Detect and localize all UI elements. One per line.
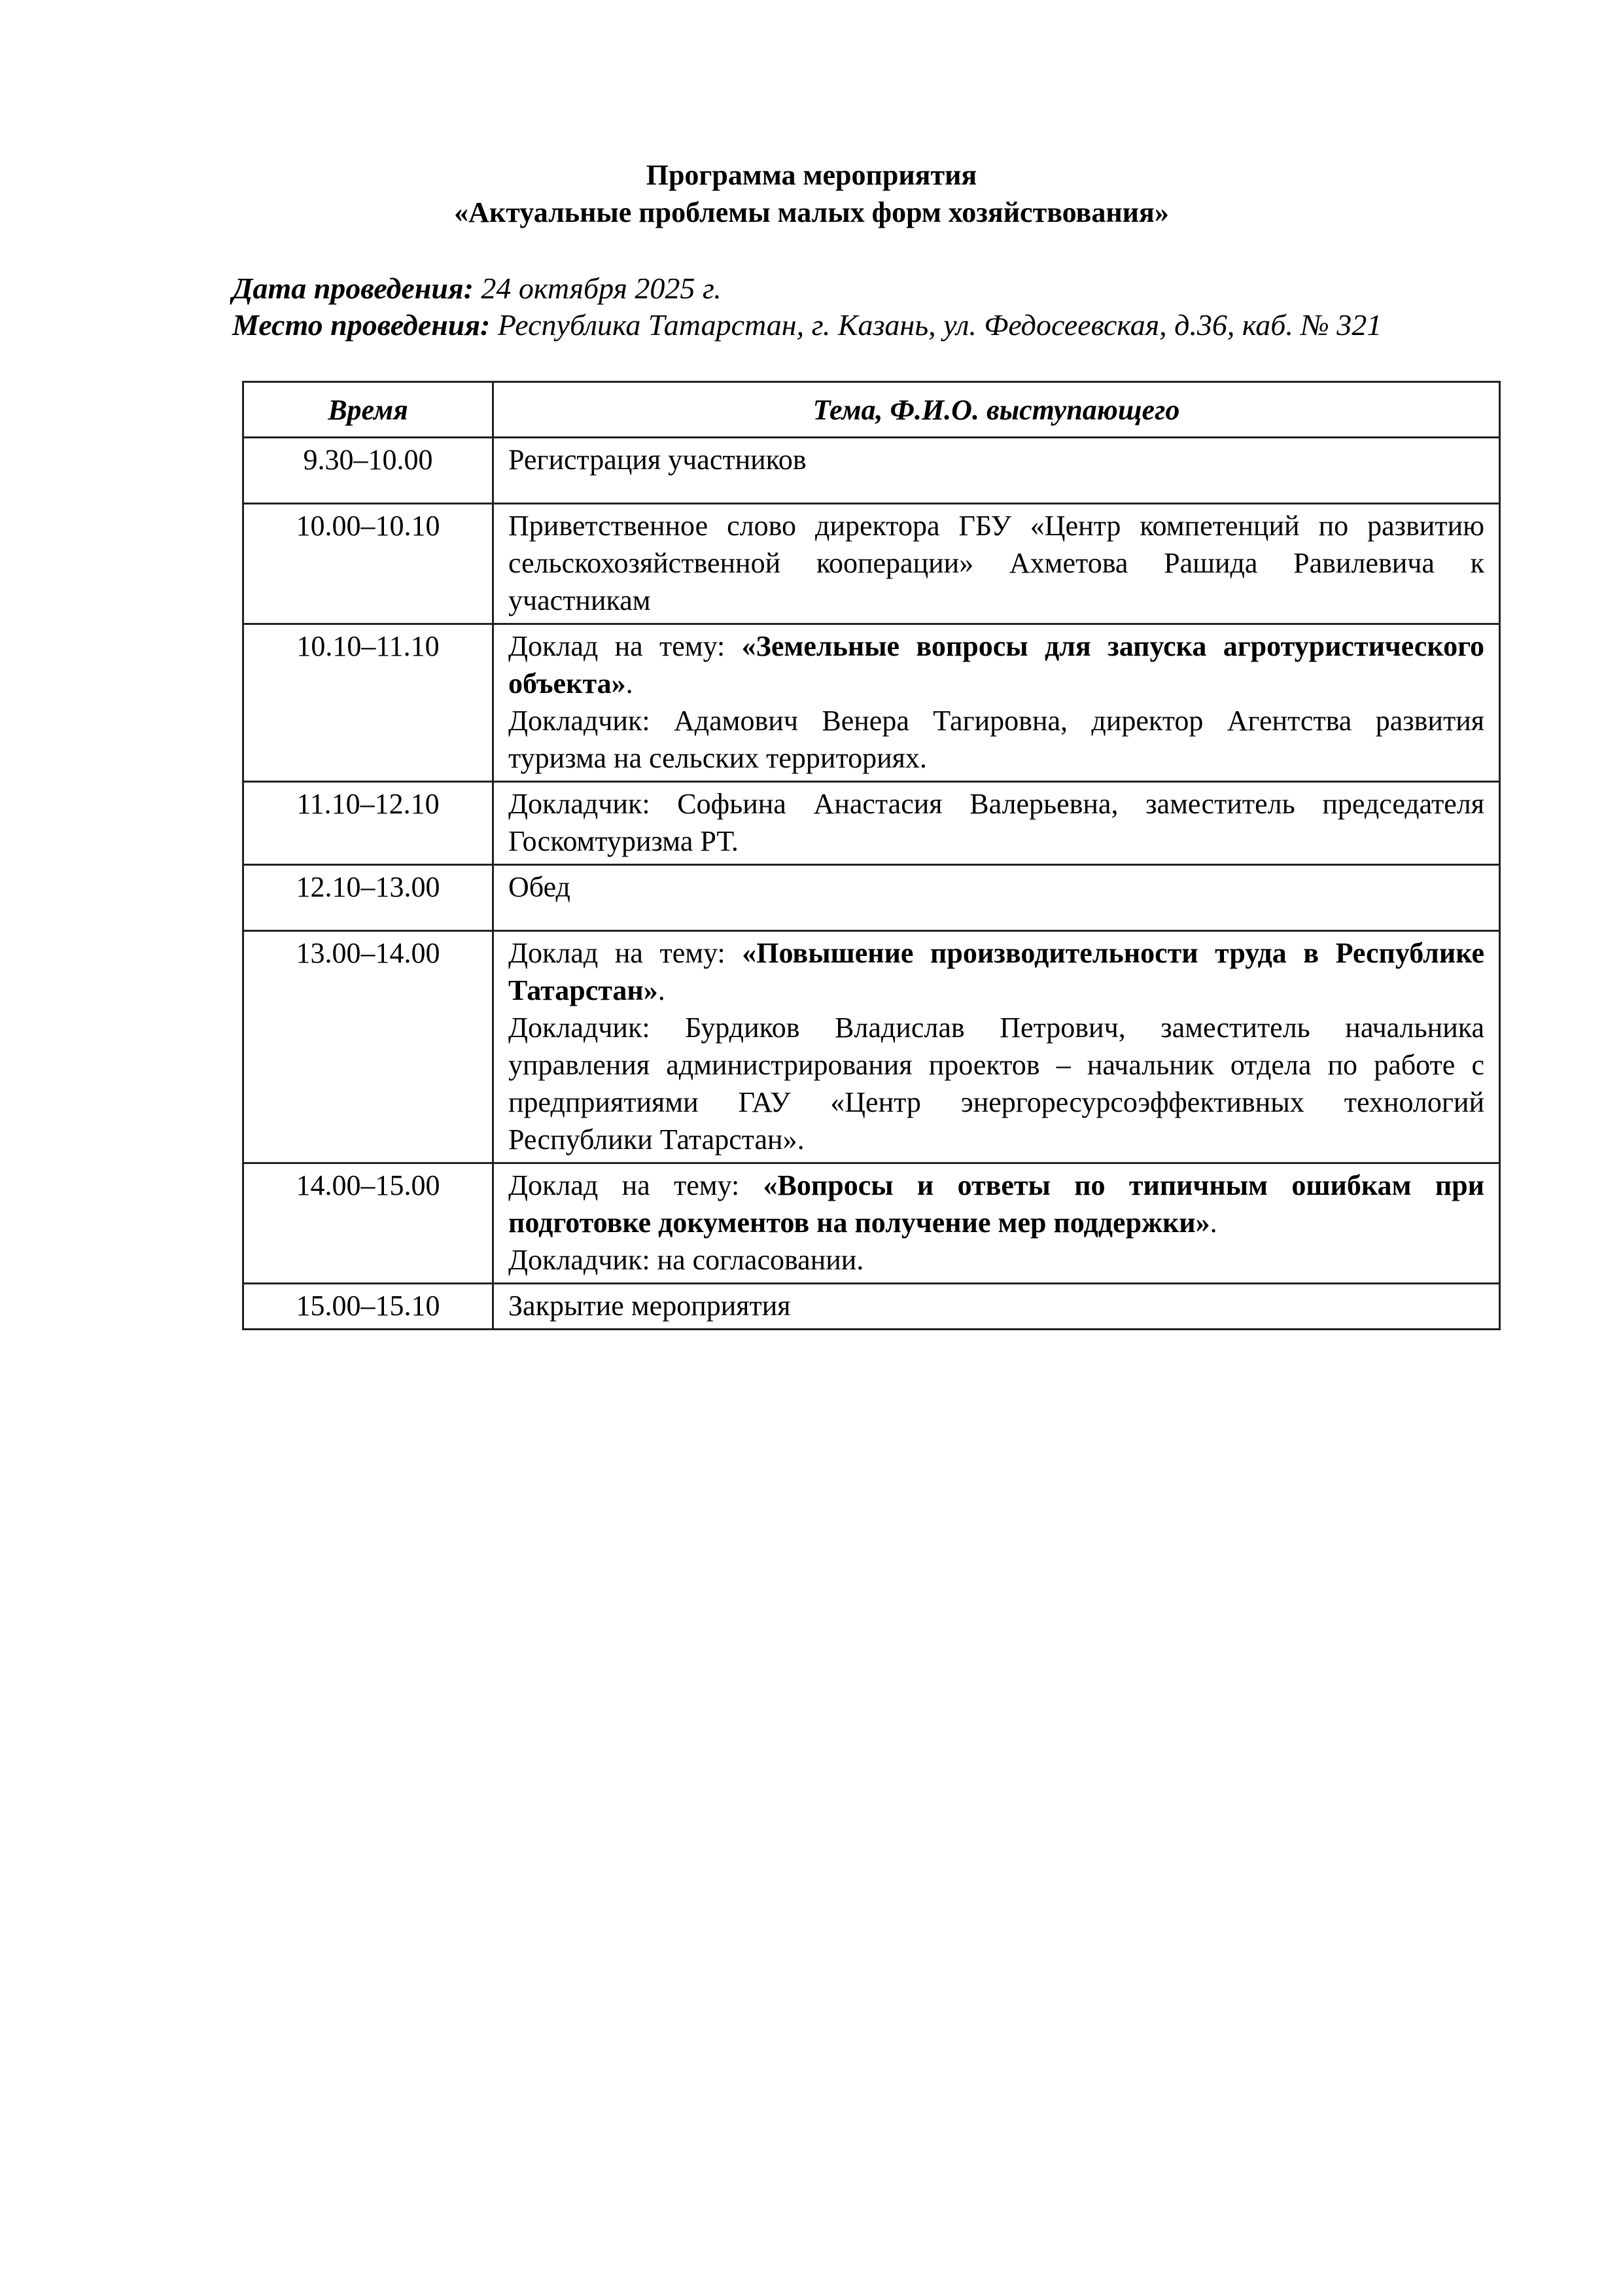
topic-text: Обед <box>508 871 570 903</box>
header-time: Время <box>243 382 493 438</box>
header-topic: Тема, Ф.И.О. выступающего <box>493 382 1500 438</box>
event-place: Место проведения: Республика Татарстан, … <box>232 306 1382 344</box>
topic-text: Докладчик: Софьина Анастасия Валерьевна,… <box>508 788 1484 857</box>
topic-paragraph: Докладчик: Софьина Анастасия Валерьевна,… <box>508 785 1484 860</box>
schedule-body: 9.30–10.00Регистрация участников10.00–10… <box>243 438 1500 1330</box>
table-header-row: Время Тема, Ф.И.О. выступающего <box>243 382 1500 438</box>
topic-text: Доклад на тему: <box>508 1169 763 1201</box>
topic-text: . <box>1210 1207 1217 1239</box>
program-title: Программа мероприятия <box>0 157 1623 194</box>
topic-cell: Обед <box>493 865 1500 931</box>
table-row: 13.00–14.00Доклад на тему: «Повышение пр… <box>243 931 1500 1163</box>
topic-cell: Докладчик: Софьина Анастасия Валерьевна,… <box>493 782 1500 865</box>
topic-text: Доклад на тему: <box>508 937 742 969</box>
time-cell: 10.10–11.10 <box>243 624 493 782</box>
schedule-table: Время Тема, Ф.И.О. выступающего 9.30–10.… <box>242 381 1501 1330</box>
topic-text: Закрытие мероприятия <box>508 1290 791 1322</box>
topic-cell: Регистрация участников <box>493 438 1500 504</box>
topic-cell: Закрытие мероприятия <box>493 1284 1500 1330</box>
table-row: 11.10–12.10Докладчик: Софьина Анастасия … <box>243 782 1500 865</box>
topic-paragraph: Приветственное слово директора ГБУ «Цент… <box>508 507 1484 619</box>
place-label: Место проведения: <box>232 308 490 342</box>
topic-cell: Доклад на тему: «Вопросы и ответы по тип… <box>493 1163 1500 1284</box>
event-date: Дата проведения: 24 октября 2025 г. <box>232 270 722 308</box>
topic-text: Приветственное слово директора ГБУ «Цент… <box>508 510 1484 616</box>
topic-text: Регистрация участников <box>508 444 807 476</box>
table-row: 10.00–10.10Приветственное слово директор… <box>243 504 1500 624</box>
topic-paragraph: Доклад на тему: «Земельные вопросы для з… <box>508 627 1484 702</box>
table-row: 15.00–15.10Закрытие мероприятия <box>243 1284 1500 1330</box>
topic-text: Докладчик: Адамович Венера Тагировна, ди… <box>508 705 1484 774</box>
time-cell: 11.10–12.10 <box>243 782 493 865</box>
date-value: 24 октября 2025 г. <box>474 272 722 305</box>
topic-text: Докладчик: на согласовании. <box>508 1244 864 1276</box>
topic-text: Докладчик: Бурдиков Владислав Петрович, … <box>508 1012 1484 1156</box>
table-row: 9.30–10.00Регистрация участников <box>243 438 1500 504</box>
topic-paragraph: Обед <box>508 868 1484 906</box>
time-cell: 13.00–14.00 <box>243 931 493 1163</box>
topic-paragraph: Докладчик: Адамович Венера Тагировна, ди… <box>508 702 1484 777</box>
topic-text: Доклад на тему: <box>508 630 742 662</box>
topic-text: . <box>658 974 665 1006</box>
topic-text: . <box>626 667 633 699</box>
time-cell: 10.00–10.10 <box>243 504 493 624</box>
time-cell: 14.00–15.00 <box>243 1163 493 1284</box>
topic-paragraph: Докладчик: Бурдиков Владислав Петрович, … <box>508 1009 1484 1158</box>
place-value: Республика Татарстан, г. Казань, ул. Фед… <box>490 308 1382 342</box>
time-cell: 12.10–13.00 <box>243 865 493 931</box>
topic-paragraph: Доклад на тему: «Вопросы и ответы по тип… <box>508 1167 1484 1241</box>
table-row: 12.10–13.00Обед <box>243 865 1500 931</box>
date-label: Дата проведения: <box>232 272 474 305</box>
time-cell: 9.30–10.00 <box>243 438 493 504</box>
topic-paragraph: Доклад на тему: «Повышение производитель… <box>508 934 1484 1009</box>
table-row: 10.10–11.10Доклад на тему: «Земельные во… <box>243 624 1500 782</box>
table-row: 14.00–15.00Доклад на тему: «Вопросы и от… <box>243 1163 1500 1284</box>
topic-paragraph: Докладчик: на согласовании. <box>508 1241 1484 1279</box>
time-cell: 15.00–15.10 <box>243 1284 493 1330</box>
topic-paragraph: Закрытие мероприятия <box>508 1287 1484 1324</box>
topic-paragraph: Регистрация участников <box>508 441 1484 478</box>
event-name: «Актуальные проблемы малых форм хозяйств… <box>0 194 1623 231</box>
topic-cell: Приветственное слово директора ГБУ «Цент… <box>493 504 1500 624</box>
topic-cell: Доклад на тему: «Повышение производитель… <box>493 931 1500 1163</box>
topic-cell: Доклад на тему: «Земельные вопросы для з… <box>493 624 1500 782</box>
